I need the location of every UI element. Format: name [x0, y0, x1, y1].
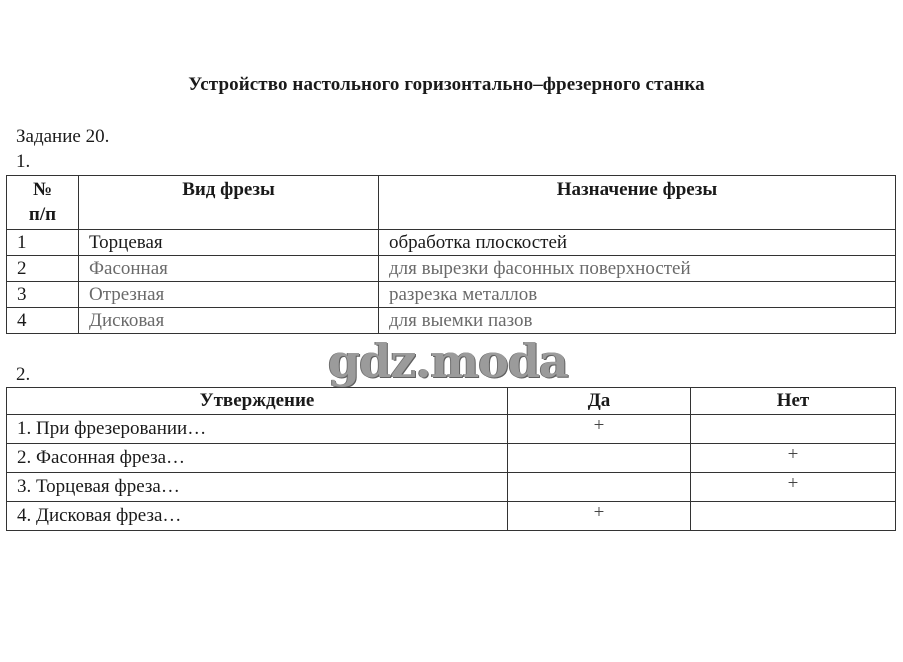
statement: 2. Фасонная фреза… — [7, 444, 508, 473]
header-yes: Да — [508, 388, 691, 415]
cutter-type: Отрезная — [79, 282, 379, 308]
row-number: 3 — [7, 282, 79, 308]
table-row: 4. Дисковая фреза… + — [7, 502, 896, 531]
cutter-purpose: обработка плоскостей — [379, 230, 896, 256]
table-row: 4 Дисковая для выемки пазов — [7, 308, 896, 334]
table-row: 1. При фрезеровании… + — [7, 415, 896, 444]
cutter-type: Фасонная — [79, 256, 379, 282]
cutter-types-table: №п/п Вид фрезы Назначение фрезы 1 Торцев… — [6, 175, 896, 334]
cutter-type: Дисковая — [79, 308, 379, 334]
cutter-purpose: разрезка металлов — [379, 282, 896, 308]
yes-mark: + — [508, 415, 691, 444]
cutter-purpose: для выемки пазов — [379, 308, 896, 334]
watermark-logo: gdz.moda — [328, 334, 568, 388]
header-cutter-type: Вид фрезы — [79, 176, 379, 230]
row-number: 2 — [7, 256, 79, 282]
statement: 1. При фрезеровании… — [7, 415, 508, 444]
table-header-row: Утверждение Да Нет — [7, 388, 896, 415]
header-statement: Утверждение — [7, 388, 508, 415]
section-2-label: 2. — [16, 364, 30, 386]
table-row: 3 Отрезная разрезка металлов — [7, 282, 896, 308]
cutter-purpose: для вырезки фасонных поверхностей — [379, 256, 896, 282]
row-number: 1 — [7, 230, 79, 256]
cutter-type: Торцевая — [79, 230, 379, 256]
row-number: 4 — [7, 308, 79, 334]
table-header-row: №п/п Вид фрезы Назначение фрезы — [7, 176, 896, 230]
table-row: 1 Торцевая обработка плоскостей — [7, 230, 896, 256]
no-mark: + — [691, 473, 896, 502]
header-cutter-purpose: Назначение фрезы — [379, 176, 896, 230]
yes-mark: + — [508, 502, 691, 531]
section-1-label: 1. — [16, 151, 30, 173]
statements-table: Утверждение Да Нет 1. При фрезеровании… … — [6, 387, 896, 531]
statement: 4. Дисковая фреза… — [7, 502, 508, 531]
table-row: 2. Фасонная фреза… + — [7, 444, 896, 473]
header-number: №п/п — [7, 176, 79, 230]
document-title: Устройство настольного горизонтально–фре… — [0, 74, 893, 96]
no-mark — [691, 415, 896, 444]
header-no: Нет — [691, 388, 896, 415]
yes-mark — [508, 444, 691, 473]
table-row: 3. Торцевая фреза… + — [7, 473, 896, 502]
no-mark — [691, 502, 896, 531]
statement: 3. Торцевая фреза… — [7, 473, 508, 502]
table-row: 2 Фасонная для вырезки фасонных поверхно… — [7, 256, 896, 282]
yes-mark — [508, 473, 691, 502]
no-mark: + — [691, 444, 896, 473]
task-label: Задание 20. — [16, 126, 109, 148]
